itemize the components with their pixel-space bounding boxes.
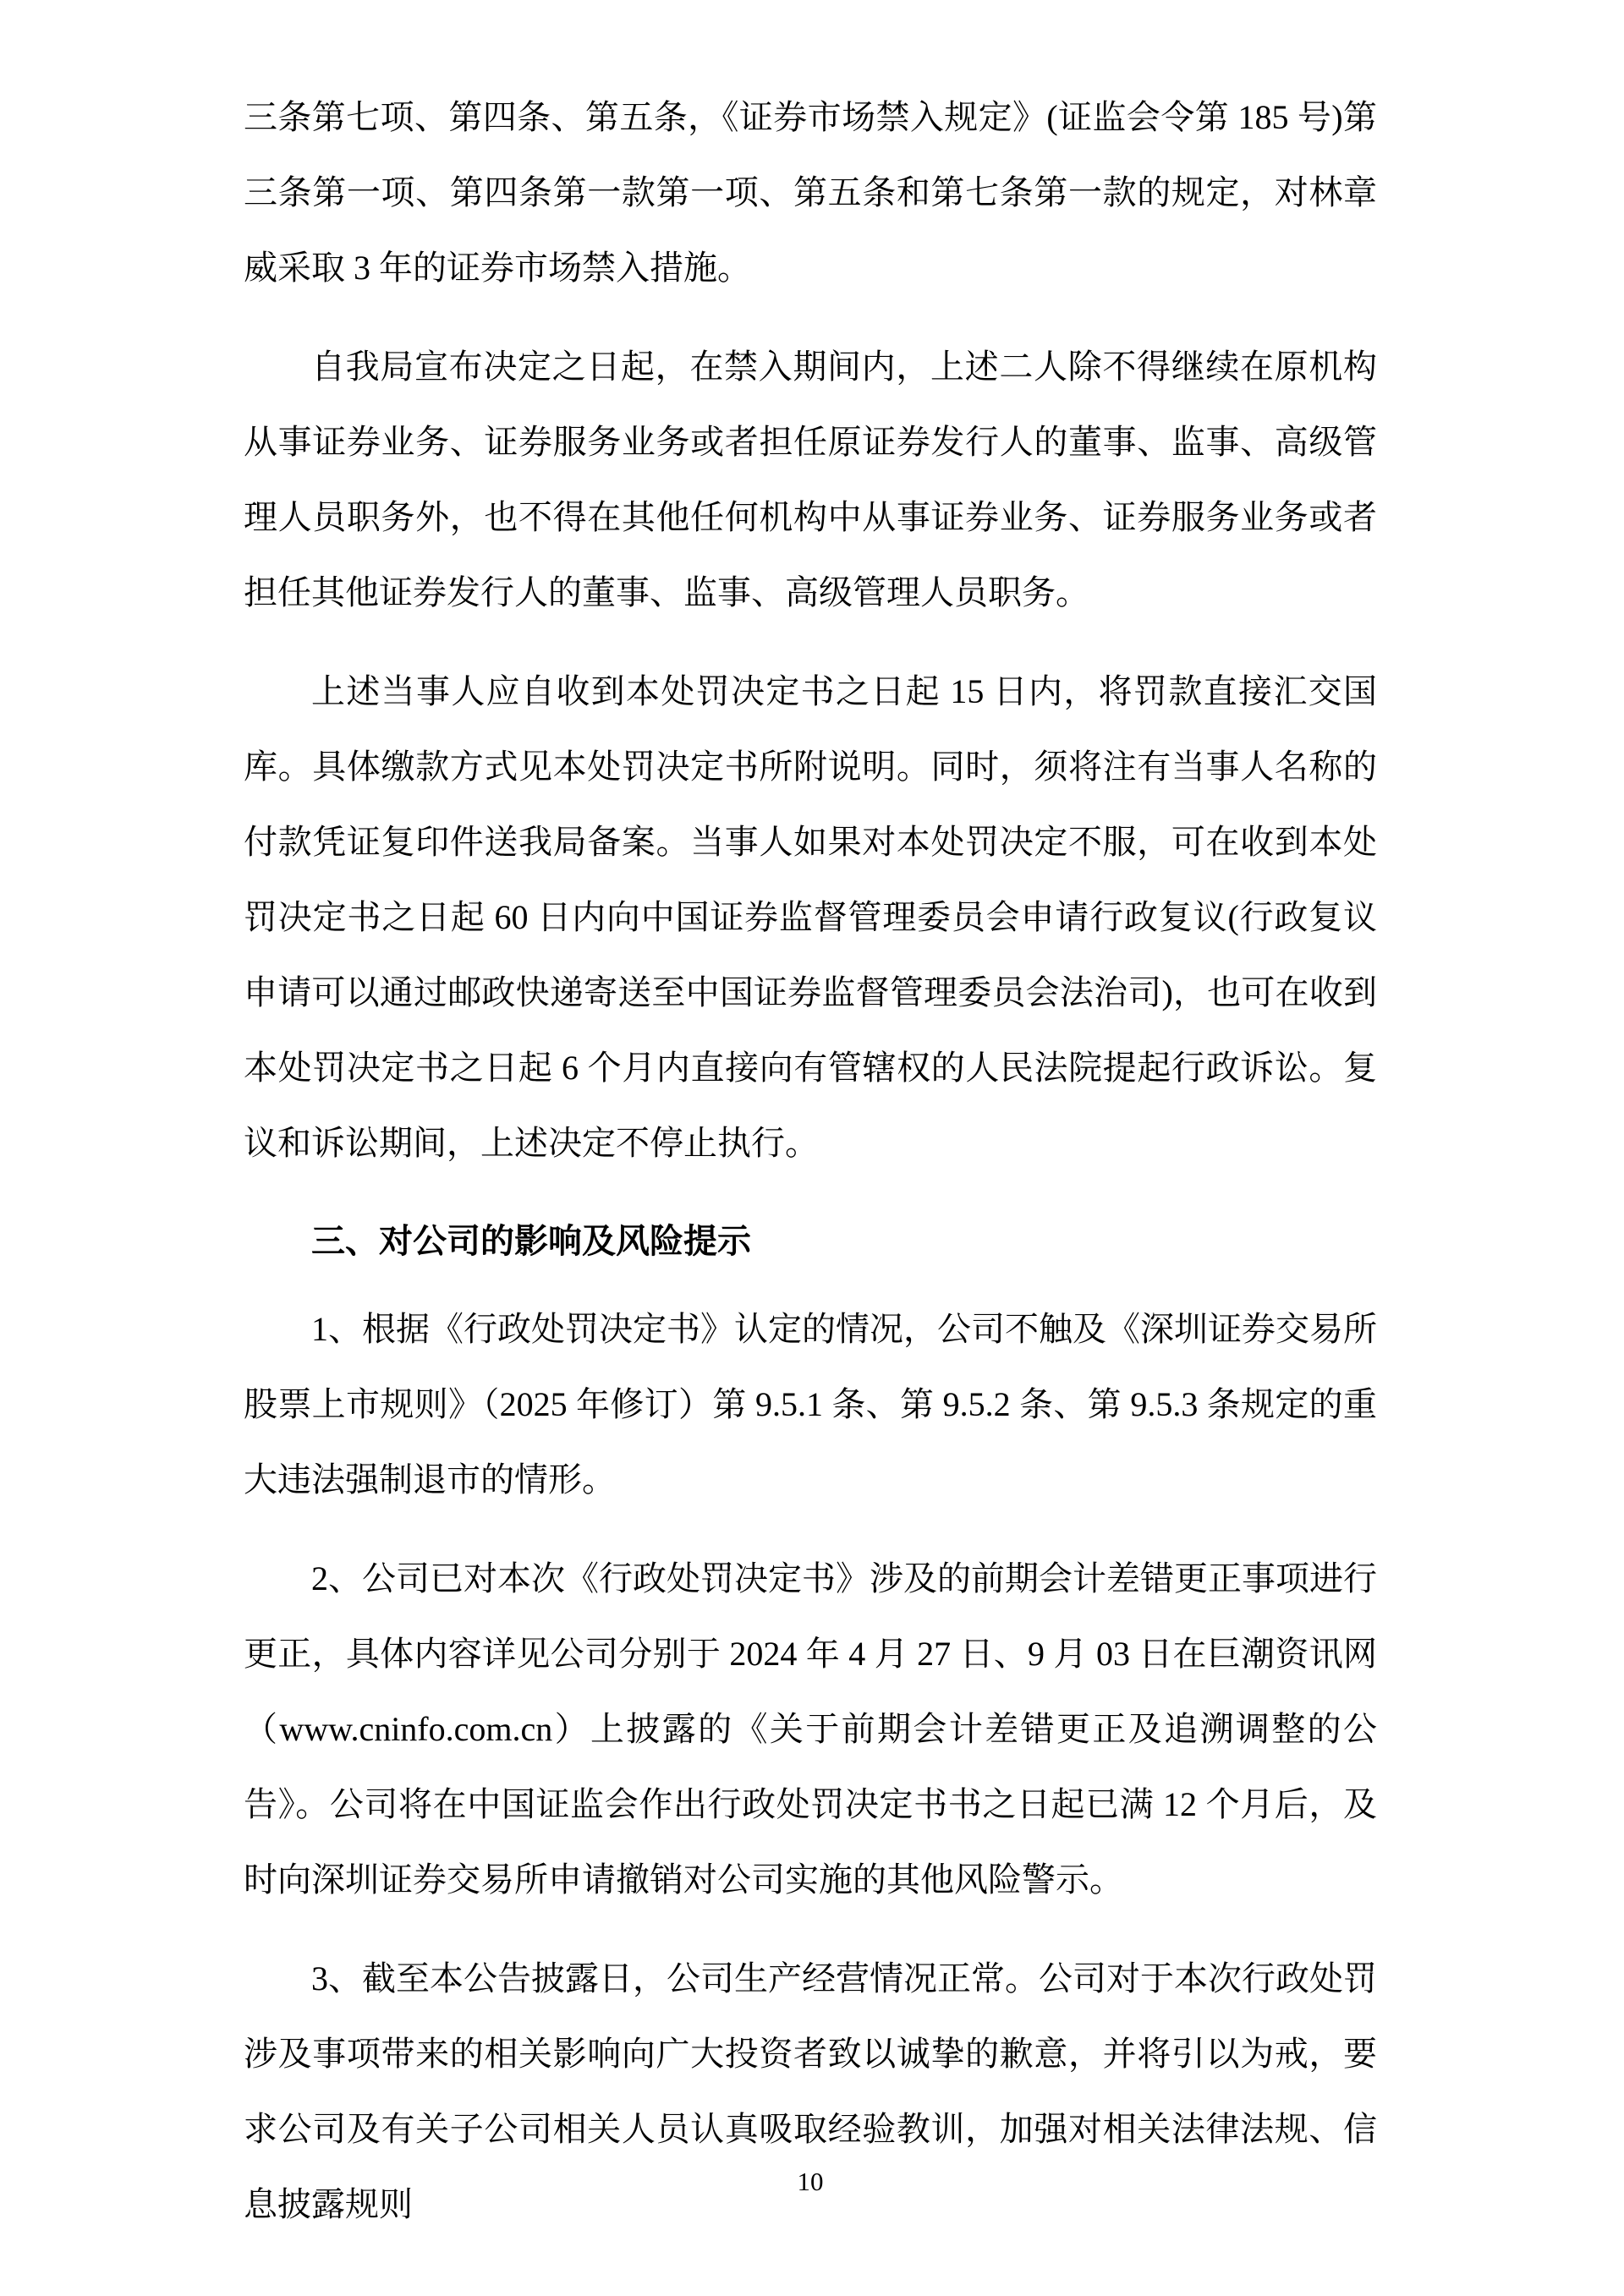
- body-paragraph: 自我局宣布决定之日起，在禁入期间内，上述二人除不得继续在原机构从事证券业务、证券…: [244, 329, 1377, 630]
- page-number: 10: [244, 2167, 1377, 2197]
- body-paragraph: 上述当事人应自收到本处罚决定书之日起 15 日内，将罚款直接汇交国库。具体缴款方…: [244, 654, 1377, 1181]
- body-paragraph-item-1: 1、根据《行政处罚决定书》认定的情况，公司不触及《深圳证券交易所股票上市规则》（…: [244, 1291, 1377, 1517]
- document-page: 三条第七项、第四条、第五条，《证券市场禁入规定》(证监会令第 185 号)第三条…: [0, 0, 1624, 2296]
- section-heading-impact-and-risk: 三、对公司的影响及风险提示: [244, 1204, 1377, 1280]
- body-paragraph-continuation: 三条第七项、第四条、第五条，《证券市场禁入规定》(证监会令第 185 号)第三条…: [244, 79, 1377, 305]
- document-body: 三条第七项、第四条、第五条，《证券市场禁入规定》(证监会令第 185 号)第三条…: [244, 79, 1377, 2266]
- body-paragraph-item-2: 2、公司已对本次《行政处罚决定书》涉及的前期会计差错更正事项进行更正，具体内容详…: [244, 1541, 1377, 1917]
